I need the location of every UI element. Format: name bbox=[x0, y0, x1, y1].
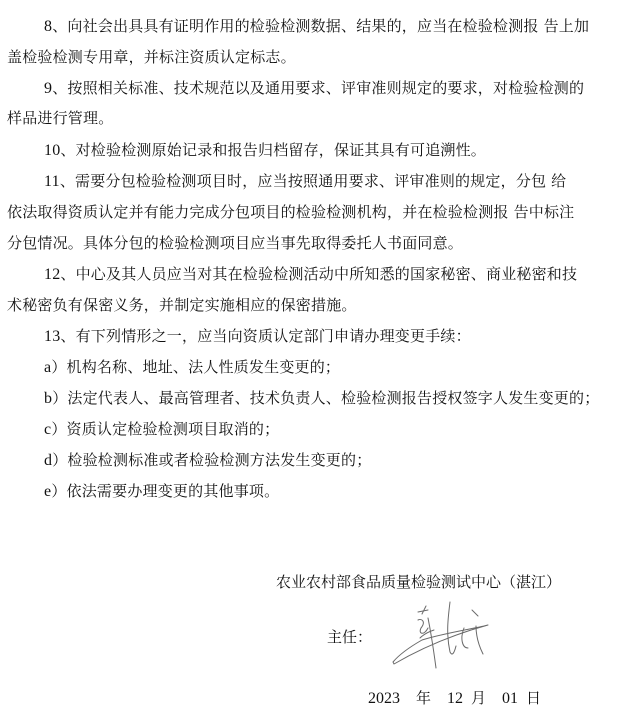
paragraph-10-line-1: 10、对检验检测原始记录和报告归档留存，保证其具有可追溯性。 bbox=[44, 140, 615, 161]
paragraph-8-line-1: 8、向社会出具具有证明作用的检验检测数据、结果的，应当在检验检测报 告上加 bbox=[44, 16, 615, 37]
paragraph-number: 9 bbox=[44, 80, 52, 97]
director-label: 主任： bbox=[327, 627, 372, 647]
signature-date: 2023年12月01日 bbox=[368, 688, 541, 709]
date-year: 2023 bbox=[368, 690, 400, 707]
paragraph-text: 、按照相关标准、技术规范以及通用要求、评审准则规定的要求，对检验检测的 bbox=[52, 79, 584, 97]
sub-item-marker: b bbox=[44, 390, 52, 407]
paragraph-text: 、中心及其人员应当对其在检验检测活动中所知悉的国家秘密、商业秘密和技 bbox=[60, 265, 577, 283]
paragraph-number: 8 bbox=[44, 18, 52, 35]
paragraph-number: 10 bbox=[44, 142, 60, 159]
paragraph-text: 、向社会出具具有证明作用的检验检测数据、结果的，应当在检验检测报 告上加 bbox=[52, 17, 589, 35]
date-month: 12 bbox=[447, 690, 463, 707]
paragraph-text: 分包情况。具体分包的检验检测项目应当事先取得委托人书面同意。 bbox=[7, 234, 463, 252]
paragraph-9-line-2: 样品进行管理。 bbox=[7, 108, 615, 128]
date-day: 01 bbox=[502, 690, 518, 707]
paragraph-text: 、有下列情形之一，应当向资质认定部门申请办理变更手续： bbox=[60, 327, 470, 345]
paragraph-number: 11 bbox=[44, 173, 60, 190]
paragraph-text: 依法取得资质认定并有能力完成分包项目的检验检测机构，并在检验检测报 告中标注 bbox=[7, 203, 574, 221]
paragraph-text: 术秘密负有保密义务，并制定实施相应的保密措施。 bbox=[7, 296, 357, 314]
signature-icon bbox=[388, 598, 498, 674]
sub-item-e: e）依法需要办理变更的其他事项。 bbox=[44, 481, 615, 502]
sub-item-text: ）依法需要办理变更的其他事项。 bbox=[51, 482, 279, 500]
sub-item-a: a）机构名称、地址、法人性质发生变更的； bbox=[44, 357, 615, 378]
paragraph-11-line-2: 依法取得资质认定并有能力完成分包项目的检验检测机构，并在检验检测报 告中标注 bbox=[7, 202, 615, 222]
sub-item-text: ）法定代表人、最高管理者、技术负责人、检验检测报告授权签字人发生变更的； bbox=[52, 389, 599, 407]
date-day-unit: 日 bbox=[526, 689, 541, 707]
paragraph-text: 盖检验检测专用章，并标注资质认定标志。 bbox=[7, 48, 296, 66]
document-page: 8、向社会出具具有证明作用的检验检测数据、结果的，应当在检验检测报 告上加 盖检… bbox=[0, 0, 619, 720]
sub-item-d: d）检验检测标准或者检验检测方法发生变更的； bbox=[44, 450, 615, 471]
paragraph-9-line-1: 9、按照相关标准、技术规范以及通用要求、评审准则规定的要求，对检验检测的 bbox=[44, 78, 615, 99]
date-year-unit: 年 bbox=[416, 689, 431, 707]
sub-item-text: ）资质认定检验检测项目取消的； bbox=[51, 420, 279, 438]
paragraph-number: 12 bbox=[44, 266, 60, 283]
sub-item-marker: d bbox=[44, 452, 52, 469]
sub-item-b: b）法定代表人、最高管理者、技术负责人、检验检测报告授权签字人发生变更的； bbox=[44, 388, 615, 409]
paragraph-11-line-1: 11、需要分包检验检测项目时，应当按照通用要求、评审准则的规定，分包 给 bbox=[44, 171, 615, 192]
paragraph-12-line-1: 12、中心及其人员应当对其在检验检测活动中所知悉的国家秘密、商业秘密和技 bbox=[44, 264, 615, 285]
paragraph-text: 、对检验检测原始记录和报告归档留存，保证其具有可追溯性。 bbox=[60, 141, 486, 159]
sub-item-text: ）机构名称、地址、法人性质发生变更的； bbox=[51, 358, 340, 376]
paragraph-8-line-2: 盖检验检测专用章，并标注资质认定标志。 bbox=[7, 47, 615, 67]
paragraph-11-line-3: 分包情况。具体分包的检验检测项目应当事先取得委托人书面同意。 bbox=[7, 233, 615, 253]
paragraph-12-line-2: 术秘密负有保密义务，并制定实施相应的保密措施。 bbox=[7, 295, 615, 315]
sub-item-text: ）检验检测标准或者检验检测方法发生变更的； bbox=[52, 451, 371, 469]
paragraph-text: 、需要分包检验检测项目时，应当按照通用要求、评审准则的规定，分包 给 bbox=[60, 172, 567, 190]
sub-item-c: c）资质认定检验检测项目取消的； bbox=[44, 419, 615, 440]
organization-name: 农业农村部食品质量检验测试中心（湛江） bbox=[276, 572, 561, 592]
paragraph-text: 样品进行管理。 bbox=[7, 109, 113, 127]
date-month-unit: 月 bbox=[471, 689, 486, 707]
paragraph-number: 13 bbox=[44, 328, 60, 345]
paragraph-13-line-1: 13、有下列情形之一，应当向资质认定部门申请办理变更手续： bbox=[44, 326, 615, 347]
